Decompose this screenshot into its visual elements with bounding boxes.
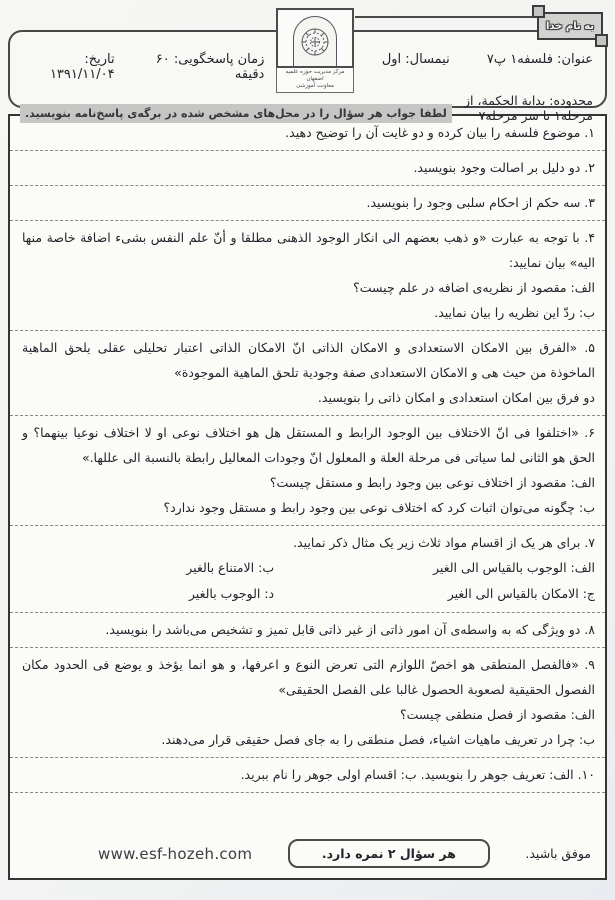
footer-row: موفق باشید. هر سؤال ۲ نمره دارد. www.esf…	[10, 831, 605, 878]
question-stem: ۶. «اختلفوا فی انّ الاختلاف بین الوجود ا…	[22, 420, 595, 470]
bismillah-text: به نام خدا	[546, 21, 594, 32]
header-row-2: محدوده: بدایة الحکمة، از مرحله۱ تا سر مر…	[20, 93, 593, 123]
logo-caption: مرکز مدیریت حوزه علمیه اصفهان معاونت آمو…	[276, 68, 354, 93]
example-cell-be: ب: الامتناع بالغیر	[22, 555, 274, 581]
question-part-b: ب: ردّ این نظریه را بیان نمایید.	[22, 300, 595, 325]
exam-paper-page: به نام خدا عنوان: فلسفه۱ پ۷ نیمسال: اول …	[0, 0, 615, 900]
website-url: www.esf-hozeh.com	[98, 845, 252, 863]
exam-title: عنوان: فلسفه۱ پ۷	[450, 52, 593, 67]
question-part-a: الف: مقصود از فصل منطقی چیست؟	[22, 702, 595, 727]
dome-shape	[293, 16, 337, 66]
bismillah-banner: به نام خدا	[537, 12, 603, 40]
question-3: ۳. سه حکم از احکام سلبی وجود را بنویسید.	[10, 186, 605, 221]
question-text: ۸. دو ویژگی که به واسطه‌ی آن امور ذاتی ا…	[22, 617, 595, 642]
question-8: ۸. دو ویژگی که به واسطه‌ی آن امور ذاتی ا…	[10, 613, 605, 648]
seminary-logo: مرکز مدیریت حوزه علمیه اصفهان معاونت آمو…	[276, 8, 354, 93]
question-6: ۶. «اختلفوا فی انّ الاختلاف بین الوجود ا…	[10, 416, 605, 526]
logo-caption-line1: مرکز مدیریت حوزه علمیه اصفهان	[277, 69, 353, 83]
question-stem: ۴. با توجه به عبارت «و ذهب بعضهم الی انک…	[22, 225, 595, 275]
question-part-a: الف: مقصود از نظریه‌ی اضافه در علم چیست؟	[22, 275, 595, 300]
question-part-b: ب: چرا در تعریف ماهیات اشیاء، فصل منطقی …	[22, 727, 595, 752]
question-stem: ۹. «فالفصل المنطقی هو اخصّ اللوازم التی …	[22, 652, 595, 702]
question-7: ۷. برای هر یک از اقسام مواد ثلاث زیر یک …	[10, 526, 605, 613]
question-part-b: ب: چگونه می‌توان اثبات کرد که اختلاف نوع…	[22, 495, 595, 520]
question-stem: ۵. «الفرق بین الامکان الاستعدادی و الامک…	[22, 335, 595, 385]
exam-semester: نیمسال: اول	[358, 52, 450, 67]
score-note-box: هر سؤال ۲ نمره دارد.	[288, 839, 490, 868]
question-9: ۹. «فالفصل المنطقی هو اخصّ اللوازم التی …	[10, 648, 605, 758]
question-10: ۱۰. الف: تعریف جوهر را بنویسید. ب: اقسام…	[10, 758, 605, 793]
question-text: ۱. موضوع فلسفه را بیان کرده و دو غایت آن…	[22, 120, 595, 145]
question-part-a: الف: مقصود از اختلاف نوعی بین وجود رابط …	[22, 470, 595, 495]
example-cell-alef: الف: الوجوب بالقیاس الی الغیر	[274, 555, 595, 581]
questions-box: ۱. موضوع فلسفه را بیان کرده و دو غایت آن…	[8, 114, 607, 880]
answer-time: زمان پاسخگویی: ۶۰ دقیقه	[129, 52, 265, 82]
question-2: ۲. دو دلیل بر اصالت وجود بنویسید.	[10, 151, 605, 186]
question-5: ۵. «الفرق بین الامکان الاستعدادی و الامک…	[10, 331, 605, 416]
exam-scope: محدوده: بدایة الحکمة، از مرحله۱ تا سر مر…	[452, 93, 593, 123]
exam-date: تاریخ: ۱۳۹۱/۱۱/۰۴	[20, 52, 115, 82]
header-connector-line	[355, 16, 545, 18]
question-stem: ۷. برای هر یک از اقسام مواد ثلاث زیر یک …	[22, 530, 595, 555]
examples-grid: الف: الوجوب بالقیاس الی الغیر ب: الامتنا…	[22, 555, 595, 607]
question-text: ۳. سه حکم از احکام سلبی وجود را بنویسید.	[22, 190, 595, 215]
question-text: ۲. دو دلیل بر اصالت وجود بنویسید.	[22, 155, 595, 180]
question-4: ۴. با توجه به عبارت «و ذهب بعضهم الی انک…	[10, 221, 605, 331]
question-task: دو فرق بین امکان استعدادی و امکان ذاتی ر…	[22, 385, 595, 410]
example-cell-jim: ج: الامکان بالقیاس الی الغیر	[274, 581, 595, 607]
sunburst-emblem-icon	[298, 25, 332, 59]
example-cell-dal: د: الوجوب بالغیر	[22, 581, 274, 607]
logo-frame	[276, 8, 354, 68]
good-luck-text: موفق باشید.	[525, 846, 591, 861]
question-text: ۱۰. الف: تعریف جوهر را بنویسید. ب: اقسام…	[22, 762, 595, 787]
instruction-note: لطفا جواب هر سؤال را در محل‌های مشخص شده…	[20, 104, 452, 123]
logo-caption-line2: معاونت آموزشی	[277, 83, 353, 90]
